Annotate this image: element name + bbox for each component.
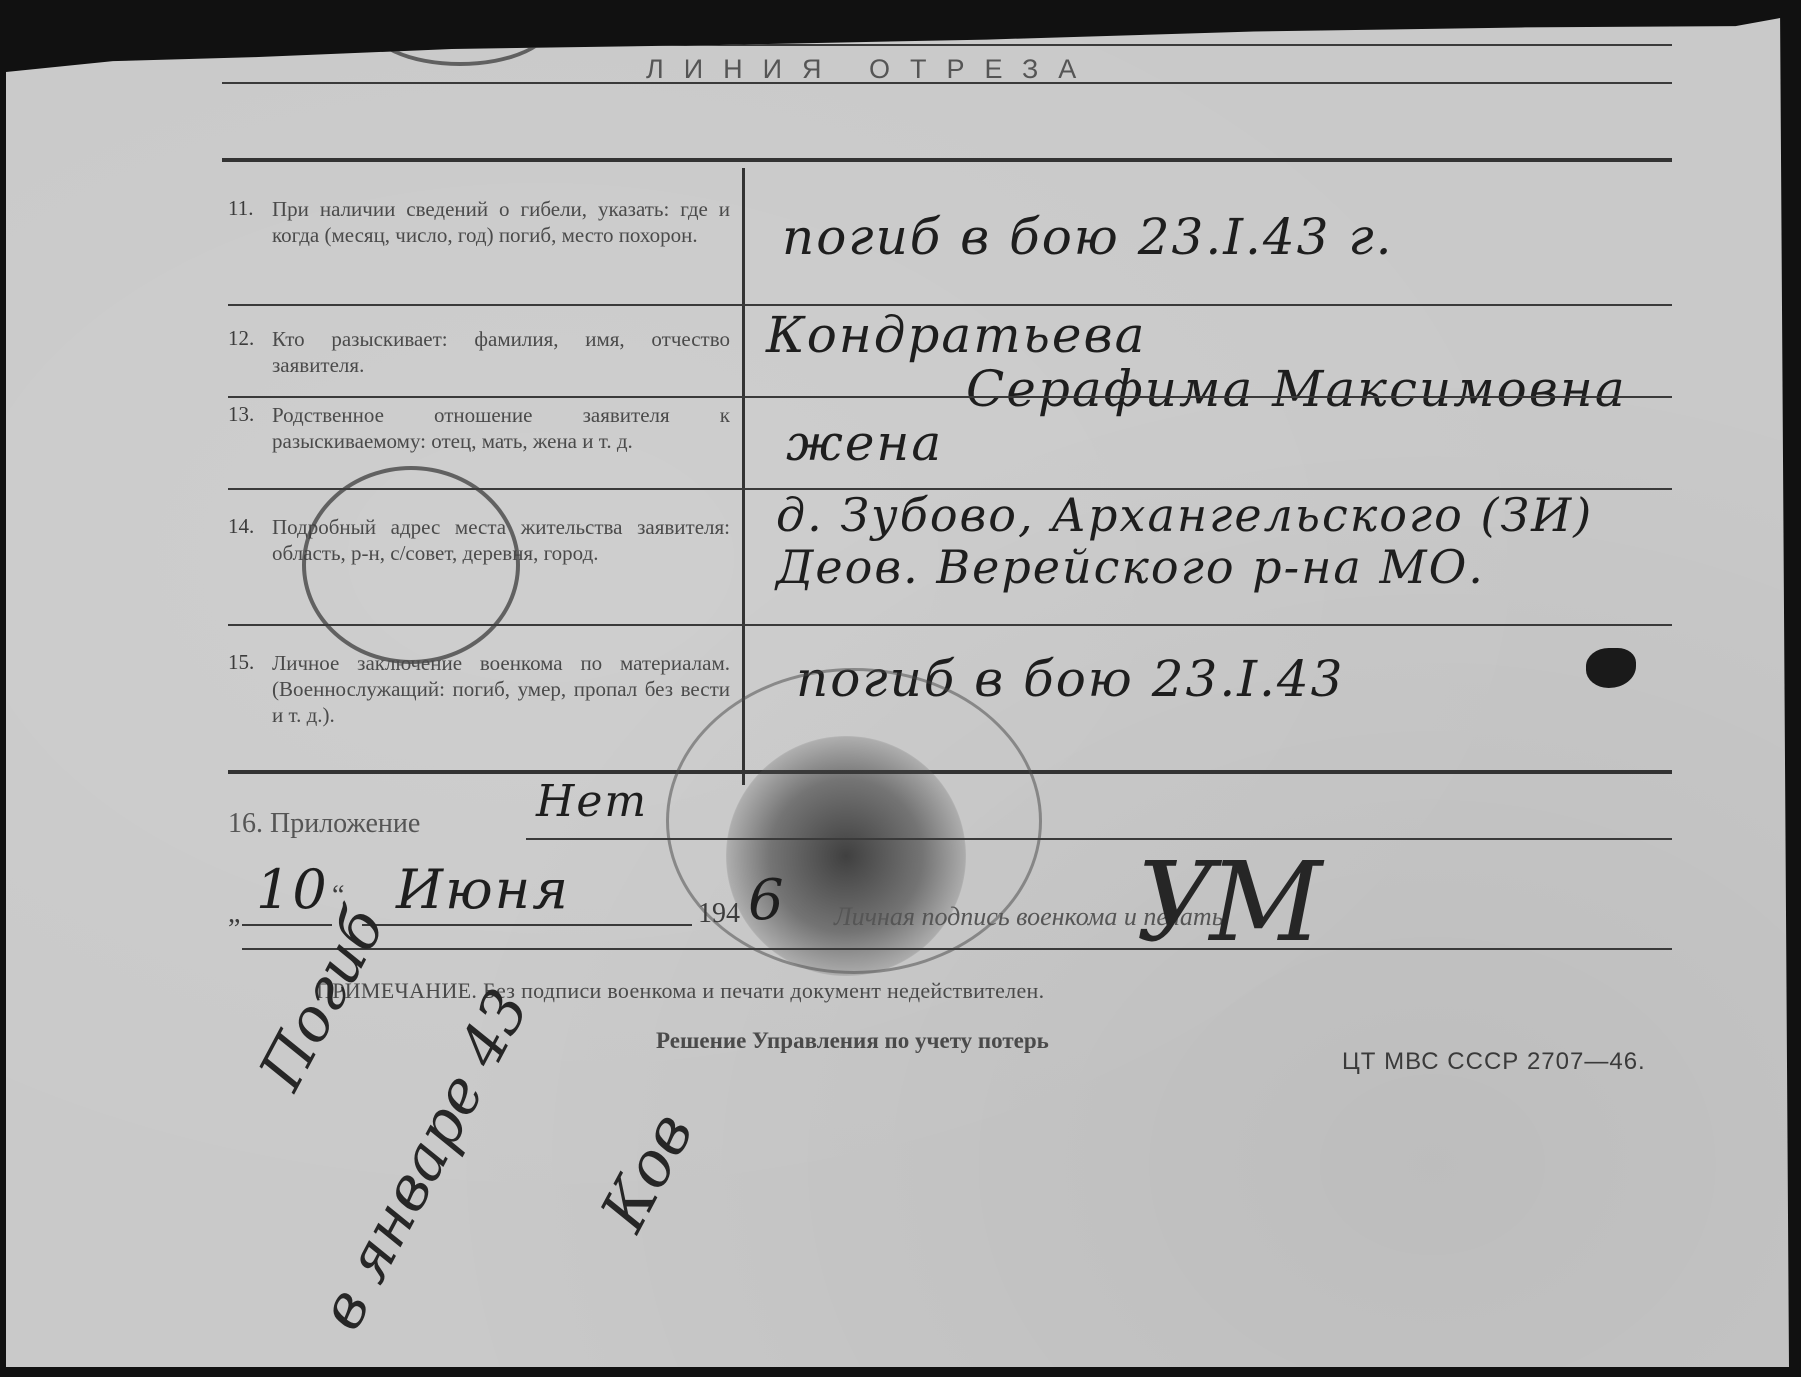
official-seal-emblem	[726, 736, 966, 976]
field-11-label: При наличии сведений о гибели, указать: …	[272, 196, 730, 248]
attachment-label: 16. Приложение	[228, 808, 420, 840]
field-14-value-line2: Деов. Верейского р-на МО.	[776, 540, 1485, 594]
table-column-divider	[742, 168, 745, 785]
circular-stamp-left	[302, 466, 520, 664]
field-12-number: 12.	[228, 326, 254, 351]
cut-line-top	[222, 44, 1672, 46]
field-11-value: погиб в бою 23.I.43 г.	[782, 208, 1394, 266]
validity-note: ПРИМЕЧАНИЕ. Без подписи военкома и печат…	[316, 978, 1044, 1004]
field-14-value-line1: д. Зубово, Архангельского (ЗИ)	[776, 488, 1593, 542]
date-year-handwritten: 6	[748, 868, 786, 933]
field-12-value-surname: Кондратьева	[766, 306, 1146, 364]
military-commissar-signature: УМ	[1136, 838, 1316, 966]
date-month: Июня	[396, 858, 570, 921]
date-day-underline	[242, 924, 332, 926]
signature-underline	[242, 948, 1672, 950]
cut-line-label: ЛИНИЯ ОТРЕЗА	[646, 54, 1096, 85]
row-divider	[228, 624, 1672, 626]
ink-blot	[1586, 648, 1636, 688]
field-13-number: 13.	[228, 402, 254, 427]
field-15-label: Личное заключение военкома по материалам…	[272, 650, 730, 728]
row-divider	[228, 396, 1672, 398]
table-top-border	[222, 158, 1672, 162]
attachment-underline	[526, 838, 1672, 840]
partial-stamp-top	[366, 0, 554, 66]
date-month-underline	[362, 924, 692, 926]
print-code: ЦТ МВС СССР 2707—46.	[1342, 1048, 1646, 1076]
field-12-label: Кто разыскивает: фамилия, имя, отчество …	[272, 326, 730, 378]
cut-line-bottom	[222, 82, 1672, 84]
field-12-value-name: Серафима Максимовна	[966, 360, 1627, 418]
date-quote-open: „	[228, 898, 240, 930]
date-year-printed: 194	[698, 898, 740, 930]
attachment-value: Нет	[536, 776, 648, 827]
field-15-number: 15.	[228, 650, 254, 675]
decision-label: Решение Управления по учету потерь	[656, 1028, 1049, 1054]
field-14-number: 14.	[228, 514, 254, 539]
margin-annotation-initials: Ков	[586, 1101, 707, 1242]
field-13-value: жена	[786, 414, 943, 472]
field-11-number: 11.	[228, 196, 253, 221]
date-day: 10	[256, 858, 329, 921]
field-13-label: Родственное отношение заявителя к разыск…	[272, 402, 730, 454]
document-sheet: ЛИНИЯ ОТРЕЗА 11. При наличии сведений о …	[6, 18, 1789, 1367]
